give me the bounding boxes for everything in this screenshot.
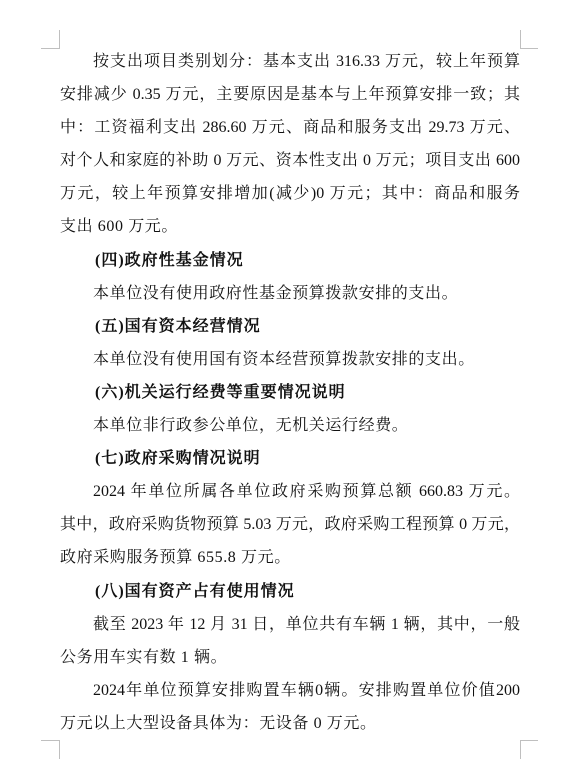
text-line: 截至 2023 年 12 月 31 日，单位共有车辆 1 辆，其中，一般: [60, 608, 520, 641]
corner-mark-line: [41, 48, 60, 49]
text-line: 万元以上大型设备具体为：无设备 0 万元。: [60, 707, 520, 740]
section-heading: (五)国有资本经营情况: [60, 310, 520, 343]
corner-mark-line: [520, 30, 521, 49]
section-operating-expenses: (六)机关运行经费等重要情况说明 本单位非行政参公单位，无机关运行经费。: [60, 376, 520, 442]
paragraph-vehicles: 截至 2023 年 12 月 31 日，单位共有车辆 1 辆，其中，一般 公务用…: [60, 608, 520, 674]
corner-mark-line: [41, 740, 60, 741]
text-line: 公务用车实有数 1 辆。: [60, 641, 520, 674]
section-state-capital-operation: (五)国有资本经营情况 本单位没有使用国有资本经营预算拨款安排的支出。: [60, 310, 520, 376]
section-heading: (四)政府性基金情况: [60, 244, 520, 277]
text-line: 中：工资福利支出 286.60 万元、商品和服务支出 29.73 万元、: [60, 111, 520, 144]
paragraph-planned-purchases: 2024年单位预算安排购置车辆0辆。安排购置单位价值200 万元以上大型设备具体…: [60, 674, 520, 740]
section-heading: (七)政府采购情况说明: [60, 442, 520, 475]
corner-mark-line: [520, 740, 538, 741]
text-line: 本单位非行政参公单位，无机关运行经费。: [60, 409, 520, 442]
text-line: 其中，政府采购货物预算 5.03 万元，政府采购工程预算 0 万元，: [60, 508, 520, 541]
text-line: 安排减少 0.35 万元，主要原因是基本与上年预算安排一致；其: [60, 78, 520, 111]
paragraph-expenditure-by-category: 按支出项目类别划分：基本支出 316.33 万元，较上年预算 安排减少 0.35…: [60, 45, 520, 244]
corner-mark-line: [520, 740, 521, 759]
text-line: 本单位没有使用政府性基金预算拨款安排的支出。: [60, 277, 520, 310]
corner-mark-line: [520, 48, 538, 49]
corner-mark-line: [59, 740, 60, 759]
section-heading: (六)机关运行经费等重要情况说明: [60, 376, 520, 409]
text-line: 按支出项目类别划分：基本支出 316.33 万元，较上年预算: [60, 45, 520, 78]
document-body: 按支出项目类别划分：基本支出 316.33 万元，较上年预算 安排减少 0.35…: [60, 45, 520, 740]
text-line: 本单位没有使用国有资本经营预算拨款安排的支出。: [60, 343, 520, 376]
text-line: 支出 600 万元。: [60, 210, 520, 243]
section-state-assets: (八)国有资产占有使用情况 截至 2023 年 12 月 31 日，单位共有车辆…: [60, 575, 520, 740]
section-heading: (八)国有资产占有使用情况: [60, 575, 520, 608]
section-government-procurement: (七)政府采购情况说明 2024 年单位所属各单位政府采购预算总额 660.83…: [60, 442, 520, 574]
text-line: 万元，较上年预算安排增加(减少)0 万元；其中：商品和服务: [60, 177, 520, 210]
text-line: 2024 年单位所属各单位政府采购预算总额 660.83 万元。: [60, 475, 520, 508]
section-government-fund: (四)政府性基金情况 本单位没有使用政府性基金预算拨款安排的支出。: [60, 244, 520, 310]
text-line: 政府采购服务预算 655.8 万元。: [60, 541, 520, 574]
text-line: 2024年单位预算安排购置车辆0辆。安排购置单位价值200: [60, 674, 520, 707]
text-line: 对个人和家庭的补助 0 万元、资本性支出 0 万元；项目支出 600: [60, 144, 520, 177]
